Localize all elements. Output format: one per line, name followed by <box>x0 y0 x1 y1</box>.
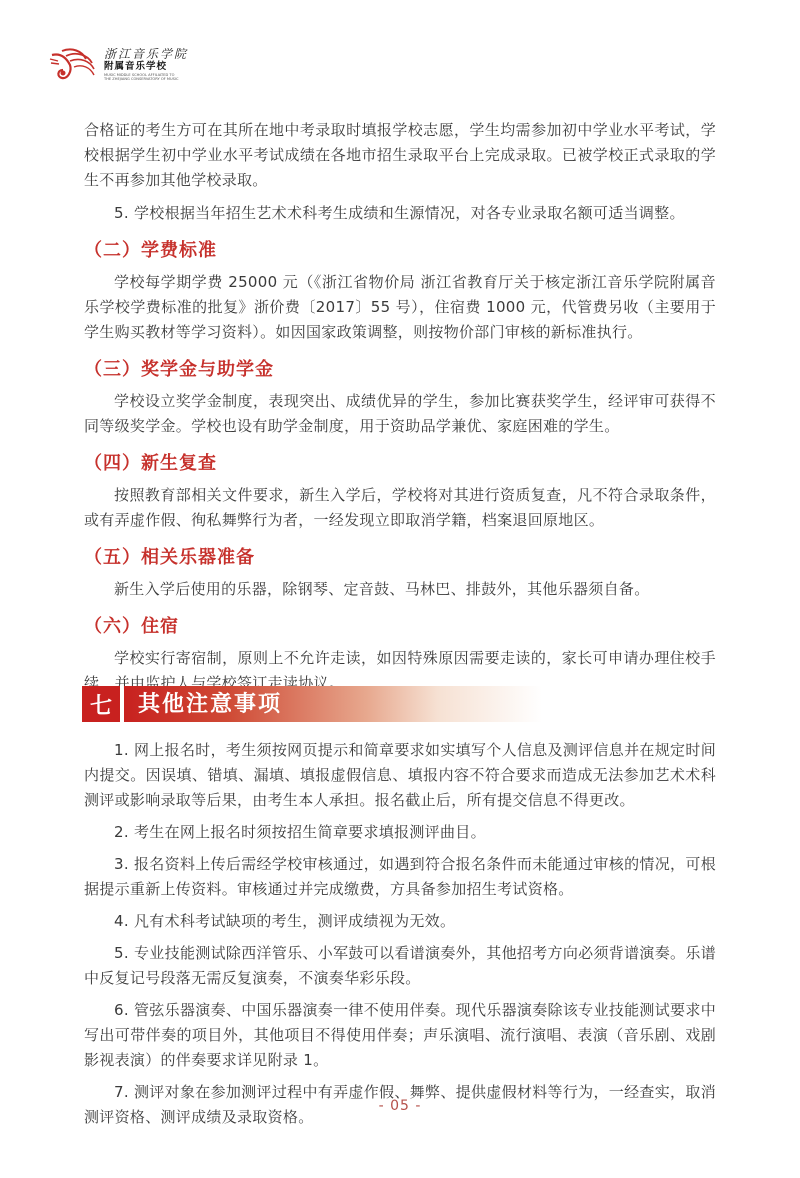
notice-item-4: 4. 凡有术科考试缺项的考生，测评成绩视为无效。 <box>84 909 716 934</box>
section-7-list: 1. 网上报名时，考生须按网页提示和简章要求如实填写个人信息及测评信息并在规定时… <box>84 738 716 1137</box>
admission-content: 合格证的考生方可在其所在地中考录取时填报学校志愿，学生均需参加初中学业水平考试，… <box>84 118 716 696</box>
notice-item-2: 2. 考生在网上报名时须按招生简章要求填报测评曲目。 <box>84 820 716 845</box>
heading-scholarship: （三）奖学金与助学金 <box>84 357 716 383</box>
section-title: 其他注意事项 <box>124 686 542 722</box>
page-number: - 05 - <box>0 1098 800 1114</box>
heading-tuition: （二）学费标准 <box>84 238 716 264</box>
intro-paragraph: 合格证的考生方可在其所在地中考录取时填报学校志愿，学生均需参加初中学业水平考试，… <box>84 118 716 193</box>
logo-english-name: MUSIC MIDDLE SCHOOL AFFILIATED TO THE ZH… <box>104 73 182 82</box>
body-tuition: 学校每学期学费 25000 元（《浙江省物价局 浙江省教育厅关于核定浙江音乐学院… <box>84 270 716 345</box>
logo-school-name: 附属音乐学校 <box>104 61 188 73</box>
heading-reexamination: （四）新生复查 <box>84 451 716 477</box>
music-clef-logo-icon <box>48 45 100 83</box>
section-7-banner: 七 其他注意事项 <box>82 686 542 722</box>
body-instruments: 新生入学后使用的乐器，除钢琴、定音鼓、马林巴、排鼓外，其他乐器须自备。 <box>84 577 716 602</box>
notice-item-1: 1. 网上报名时，考生须按网页提示和简章要求如实填写个人信息及测评信息并在规定时… <box>84 738 716 813</box>
heading-accommodation: （六）住宿 <box>84 614 716 640</box>
logo-calligraphy-name: 浙江音乐学院 <box>104 47 188 61</box>
heading-instruments: （五）相关乐器准备 <box>84 545 716 571</box>
body-scholarship: 学校设立奖学金制度，表现突出、成绩优异的学生，参加比赛获奖学生，经评审可获得不同… <box>84 389 716 439</box>
notice-item-6: 6. 管弦乐器演奏、中国乐器演奏一律不使用伴奏。现代乐器演奏除该专业技能测试要求… <box>84 998 716 1073</box>
body-reexamination: 按照教育部相关文件要求，新生入学后，学校将对其进行资质复查，凡不符合录取条件，或… <box>84 483 716 533</box>
intro-item-5: 5. 学校根据当年招生艺术术科考生成绩和生源情况，对各专业录取名额可适当调整。 <box>84 201 716 226</box>
notice-item-3: 3. 报名资料上传后需经学校审核通过，如遇到符合报名条件而未能通过审核的情况，可… <box>84 852 716 902</box>
section-number: 七 <box>82 686 120 722</box>
notice-item-5: 5. 专业技能测试除西洋管乐、小军鼓可以看谱演奏外，其他招考方向必须背谱演奏。乐… <box>84 941 716 991</box>
school-logo: 浙江音乐学院 附属音乐学校 MUSIC MIDDLE SCHOOL AFFILI… <box>48 44 208 84</box>
